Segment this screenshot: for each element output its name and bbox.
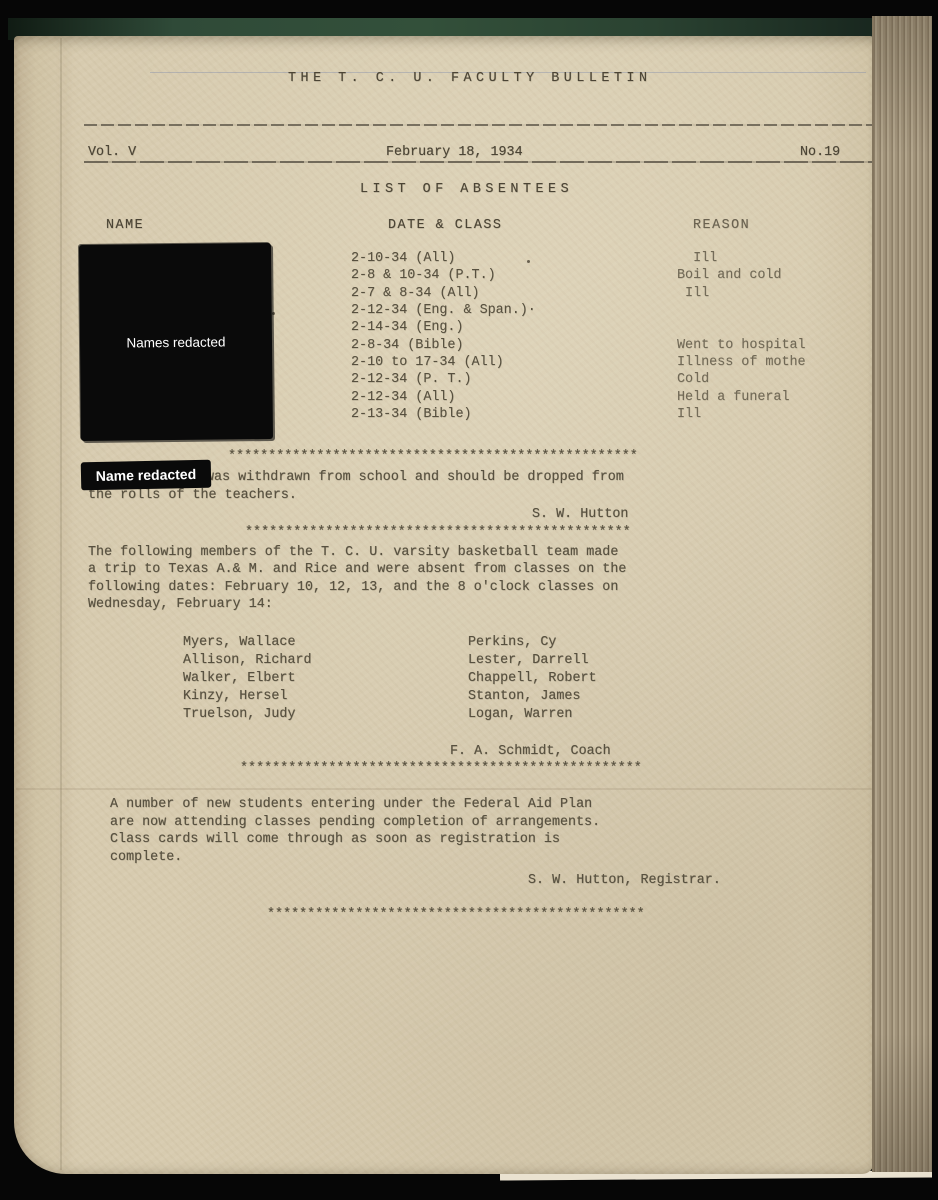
federal-aid-line: are now attending classes pending comple… xyxy=(110,814,600,831)
redaction-label: Names redacted xyxy=(126,334,225,350)
asterisk-separator: ****************************************… xyxy=(240,760,642,777)
roster-player: Perkins, Cy xyxy=(468,634,556,651)
page-title: THE T. C. U. FACULTY BULLETIN xyxy=(288,70,652,87)
vertical-fold-crease xyxy=(60,38,62,1170)
absence-date-class: 2-13-34 (Bible) xyxy=(351,407,472,422)
header-rule-top xyxy=(84,124,872,126)
absence-date-class: 2-8-34 (Bible) xyxy=(351,338,464,353)
roster-player: Chappell, Robert xyxy=(468,670,597,687)
redaction-box-name: Name redacted xyxy=(81,460,212,491)
roster-player: Stanton, James xyxy=(468,688,581,705)
column-header-reason: REASON xyxy=(693,217,750,234)
absence-date-class: 2-8 & 10-34 (P.T.) xyxy=(351,268,496,283)
column-header-name: NAME xyxy=(106,217,144,234)
roster-player: Walker, Elbert xyxy=(183,670,296,687)
stray-period-mark xyxy=(272,312,275,315)
masthead-volume: Vol. V xyxy=(88,144,136,161)
section-title: LIST OF ABSENTEES xyxy=(360,181,573,198)
roster-player: Logan, Warren xyxy=(468,706,572,723)
federal-aid-line: complete. xyxy=(110,849,182,866)
withdrawn-notice-line2: the rolls of the teachers. xyxy=(88,487,297,504)
absence-reason: Illness of mothe xyxy=(677,355,806,370)
absence-reason: Went to hospital xyxy=(677,338,806,353)
absence-reason: Ill xyxy=(677,407,701,422)
roster-player: Kinzy, Hersel xyxy=(183,688,287,705)
withdrawn-notice-line1: was withdrawn from school and should be … xyxy=(206,469,624,486)
absence-date-class: 2-12-34 (All) xyxy=(351,390,455,405)
absence-date-class: 2-10 to 17-34 (All) xyxy=(351,355,504,370)
absence-date-class: 2-7 & 8-34 (All) xyxy=(351,286,480,301)
redaction-box-names: Names redacted xyxy=(79,243,273,441)
redaction-label: Name redacted xyxy=(96,466,197,484)
absence-date-class: 2-12-34 (P. T.) xyxy=(351,372,472,387)
federal-aid-line: Class cards will come through as soon as… xyxy=(110,831,560,848)
roster-player: Allison, Richard xyxy=(183,652,312,669)
header-rule-bottom xyxy=(84,161,872,163)
federal-aid-line: A number of new students entering under … xyxy=(110,796,592,813)
basketball-paragraph-line: Wednesday, February 14: xyxy=(88,596,273,613)
absence-date-class: 2-14-34 (Eng.) xyxy=(351,320,464,335)
asterisk-separator: ****************************************… xyxy=(267,906,645,923)
absence-reason: Cold xyxy=(677,372,709,387)
asterisk-separator: ****************************************… xyxy=(228,448,638,465)
roster-player: Truelson, Judy xyxy=(183,706,296,723)
roster-player: Myers, Wallace xyxy=(183,634,296,651)
hutton-signature: S. W. Hutton xyxy=(532,506,628,523)
stray-period-mark xyxy=(527,260,530,263)
masthead-issue: No.19 xyxy=(800,144,840,161)
roster-player: Lester, Darrell xyxy=(468,652,589,669)
basketball-paragraph-line: following dates: February 10, 12, 13, an… xyxy=(88,579,618,596)
absence-reason: Held a funeral xyxy=(677,390,790,405)
basketball-paragraph-line: The following members of the T. C. U. va… xyxy=(88,544,618,561)
column-header-date-class: DATE & CLASS xyxy=(388,217,502,234)
registrar-signature: S. W. Hutton, Registrar. xyxy=(528,872,721,889)
absence-reason: Ill xyxy=(677,286,709,301)
absence-reason: Ill xyxy=(677,251,717,266)
absence-date-class: 2-12-34 (Eng. & Span.)· xyxy=(351,303,536,318)
horizontal-fold-crease xyxy=(16,788,872,790)
asterisk-separator: ****************************************… xyxy=(245,524,631,541)
masthead-date: February 18, 1934 xyxy=(386,144,523,161)
coach-signature: F. A. Schmidt, Coach xyxy=(450,743,611,760)
absence-date-class: 2-10-34 (All) xyxy=(351,251,455,266)
basketball-paragraph-line: a trip to Texas A.& M. and Rice and were… xyxy=(88,561,626,578)
absence-reason: Boil and cold xyxy=(677,268,781,283)
page-stack-edge xyxy=(872,16,932,1172)
